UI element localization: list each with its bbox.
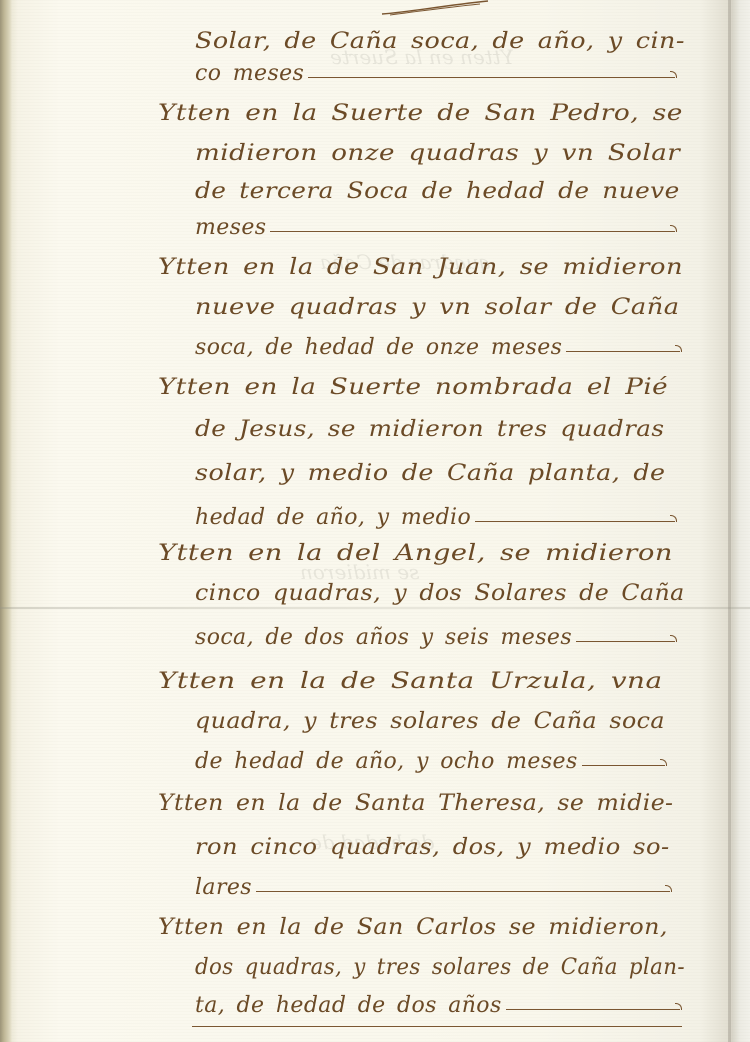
manuscript-line: de Jesus, se midieron tres quadras <box>195 408 665 442</box>
manuscript-line: ron cinco quadras, dos, y medio so- <box>195 826 670 860</box>
line-fill-rule <box>256 891 670 892</box>
manuscript-line: cinco quadras, y dos Solares de Caña <box>195 572 685 606</box>
manuscript-line: midieron onze quadras y vn Solar <box>195 132 680 166</box>
line-fill-rule <box>475 521 675 522</box>
manuscript-line: Ytten en la Suerte de San Pedro, se <box>158 92 683 126</box>
line-fill-rule <box>582 765 665 766</box>
manuscript-line: Ytten en la de San Carlos se midieron, <box>158 906 668 940</box>
manuscript-line: hedad de año, y medio <box>195 496 675 530</box>
manuscript-line: Ytten en la Suerte nombrada el Pié <box>158 366 668 400</box>
manuscript-line: Solar, de Caña soca, de año, y cin- <box>195 20 685 54</box>
manuscript-line: Ytten en la de Santa Urzula, vna <box>158 660 663 694</box>
line-fill-rule <box>506 1009 680 1010</box>
line-fill-rule <box>308 77 675 78</box>
manuscript-line: soca, de hedad de onze meses <box>195 326 680 360</box>
line-fill-rule <box>566 351 680 352</box>
closing-rule <box>192 1026 682 1027</box>
page-left-edge <box>0 0 12 1042</box>
page-binding-gutter <box>728 0 731 1042</box>
manuscript-line: co meses <box>195 52 675 86</box>
line-fill-rule <box>270 231 675 232</box>
manuscript-page: Ytten en la Suerte quadras de Caña se mi… <box>0 0 750 1042</box>
manuscript-line: de tercera Soca de hedad de nueve <box>195 170 680 204</box>
manuscript-line: solar, y medio de Caña planta, de <box>195 452 665 486</box>
manuscript-line: ta, de hedad de dos años <box>195 984 680 1018</box>
manuscript-line: lares <box>195 866 670 900</box>
line-fill-rule <box>576 641 675 642</box>
manuscript-line: meses <box>195 206 675 240</box>
manuscript-line: Ytten en la del Angel, se midieron <box>158 532 673 566</box>
manuscript-line: nueve quadras y vn solar de Caña <box>195 286 680 320</box>
manuscript-line: Ytten en la de San Juan, se midieron <box>158 246 683 280</box>
top-flourish-decoration <box>380 0 490 16</box>
manuscript-line: dos quadras, y tres solares de Caña plan… <box>195 946 685 980</box>
manuscript-line: soca, de dos años y seis meses <box>195 616 675 650</box>
manuscript-line: quadra, y tres solares de Caña soca <box>195 700 665 734</box>
manuscript-line: Ytten en la de Santa Theresa, se midie- <box>158 782 673 816</box>
manuscript-line: de hedad de año, y ocho meses <box>195 740 665 774</box>
fold-crease <box>0 607 750 609</box>
